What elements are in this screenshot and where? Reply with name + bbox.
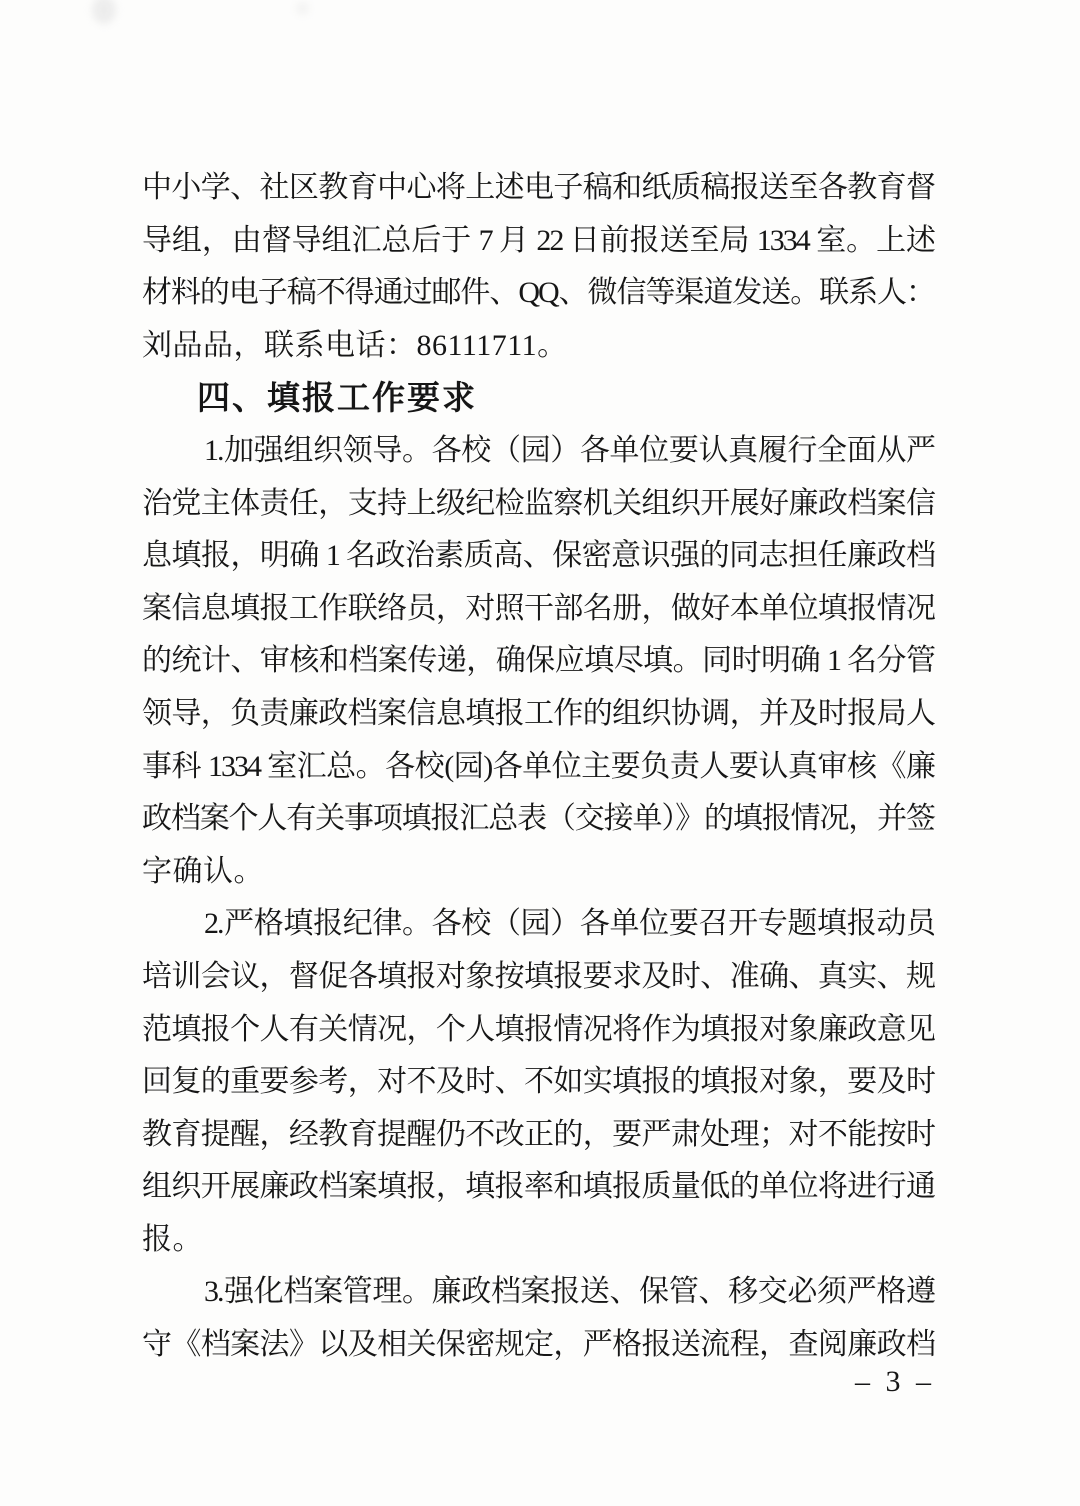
text-line: 导组，由督导组汇总后于 7 月 22 日前报送至局 1334 室。上述 [142,215,934,268]
text-line: 案信息填报工作联络员，对照干部名册，做好本单位填报情况 [142,583,934,636]
document-body: 中小学、社区教育中心将上述电子稿和纸质稿报送至各教育督 导组，由督导组汇总后于 … [142,162,934,1372]
text-line: 2.严格填报纪律。各校（园）各单位要召开专题填报动员 [142,898,934,951]
text-line: 回复的重要参考，对不及时、不如实填报的填报对象，要及时 [142,1056,934,1109]
scan-smudge-icon [296,2,309,15]
text-line: 息填报，明确 1 名政治素质高、保密意识强的同志担任廉政档 [142,530,934,583]
document-page: 中小学、社区教育中心将上述电子稿和纸质稿报送至各教育督 导组，由督导组汇总后于 … [0,0,1080,1506]
text-line: 培训会议，督促各填报对象按填报要求及时、准确、真实、规 [142,951,934,1004]
text-line: 中小学、社区教育中心将上述电子稿和纸质稿报送至各教育督 [142,162,934,215]
text-line: 1.加强组织领导。各校（园）各单位要认真履行全面从严 [142,425,934,478]
text-line: 3.强化档案管理。廉政档案报送、保管、移交必须严格遵 [142,1266,934,1319]
scan-smudge-icon [92,0,116,24]
text-line: 事科 1334 室汇总。各校(园)各单位主要负责人要认真审核《廉 [142,741,934,794]
text-line: 领导，负责廉政档案信息填报工作的组织协调，并及时报局人 [142,688,934,741]
text-line: 材料的电子稿不得通过邮件、QQ、微信等渠道发送。联系人： [142,267,934,320]
text-line: 字确认。 [142,846,934,899]
page-number: – 3 – [855,1362,935,1402]
text-line: 刘品品，联系电话：86111711。 [142,320,934,373]
section-heading: 四、填报工作要求 [142,372,934,425]
text-line: 守《档案法》以及相关保密规定，严格报送流程，查阅廉政档 [142,1319,934,1372]
text-line: 治党主体责任，支持上级纪检监察机关组织开展好廉政档案信 [142,478,934,531]
text-line: 的统计、审核和档案传递，确保应填尽填。同时明确 1 名分管 [142,635,934,688]
scanned-document-page: { "page": { "background_color": "#fdfdfc… [0,0,1080,1506]
text-line: 范填报个人有关情况，个人填报情况将作为填报对象廉政意见 [142,1004,934,1057]
text-line: 政档案个人有关事项填报汇总表（交接单）》的填报情况，并签 [142,793,934,846]
text-line: 教育提醒，经教育提醒仍不改正的，要严肃处理；对不能按时 [142,1109,934,1162]
text-line: 报。 [142,1214,934,1267]
text-line: 组织开展廉政档案填报，填报率和填报质量低的单位将进行通 [142,1161,934,1214]
